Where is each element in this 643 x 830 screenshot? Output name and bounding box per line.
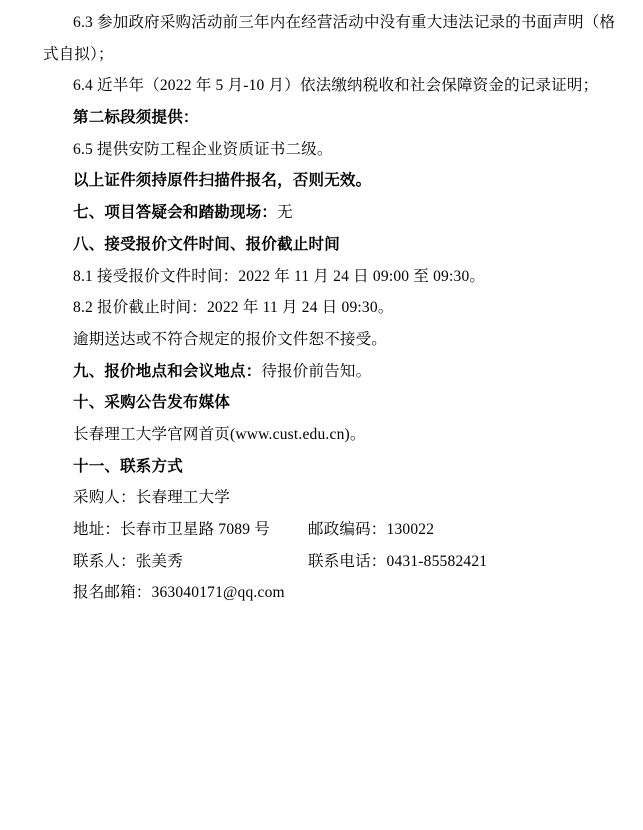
contact-phone: 联系电话：0431-85582421 (308, 553, 487, 570)
document-page: 6.3 参加政府采购活动前三年内在经营活动中没有重大违法记录的书面声明（格 式自… (0, 0, 643, 830)
section-7-value: 无 (277, 204, 293, 221)
contact-purchaser: 采购人：长春理工大学 (43, 482, 597, 514)
contact-address-row: 地址：长春市卫星路 7089 号邮政编码：130022 (43, 514, 597, 546)
clause-6-5: 6.5 提供安防工程企业资质证书二级。 (43, 134, 597, 166)
section-10-heading: 十、采购公告发布媒体 (43, 387, 597, 419)
clause-6-4: 6.4 近半年（2022 年 5 月-10 月）依法缴纳税收和社会保障资金的记录… (43, 70, 597, 102)
clause-6-3-line-1: 6.3 参加政府采购活动前三年内在经营活动中没有重大违法记录的书面声明（格 (43, 7, 597, 39)
section-7-label: 七、项目答疑会和踏勘现场： (73, 204, 277, 221)
scan-copy-notice: 以上证件须持原件扫描件报名，否则无效。 (43, 165, 597, 197)
section-11-heading: 十一、联系方式 (43, 451, 597, 483)
section-9-value: 待报价前告知。 (261, 363, 371, 380)
section-2-requirement-heading: 第二标段须提供： (43, 102, 597, 134)
contact-person-row: 联系人：张美秀联系电话：0431-85582421 (43, 546, 597, 578)
section-8-heading: 八、接受报价文件时间、报价截止时间 (43, 229, 597, 261)
announcement-media-line: 长春理工大学官网首页(www.cust.edu.cn)。 (43, 419, 597, 451)
document-body: 6.3 参加政府采购活动前三年内在经营活动中没有重大违法记录的书面声明（格 式自… (43, 7, 597, 609)
section-7-heading: 七、项目答疑会和踏勘现场：无 (43, 197, 597, 229)
clause-6-3-line-2: 式自拟）； (43, 39, 597, 71)
contact-postcode: 邮政编码：130022 (308, 521, 434, 538)
clause-8-1: 8.1 接受报价文件时间：2022 年 11 月 24 日 09:00 至 09… (43, 261, 597, 293)
overdue-rejection-note: 逾期送达或不符合规定的报价文件恕不接受。 (43, 324, 597, 356)
contact-address: 地址：长春市卫星路 7089 号 (73, 514, 308, 546)
section-9-label: 九、报价地点和会议地点： (73, 363, 261, 380)
contact-person: 联系人：张美秀 (73, 546, 308, 578)
section-9-heading: 九、报价地点和会议地点：待报价前告知。 (43, 356, 597, 388)
clause-8-2: 8.2 报价截止时间：2022 年 11 月 24 日 09:30。 (43, 292, 597, 324)
contact-email: 报名邮箱：363040171@qq.com (43, 577, 597, 609)
